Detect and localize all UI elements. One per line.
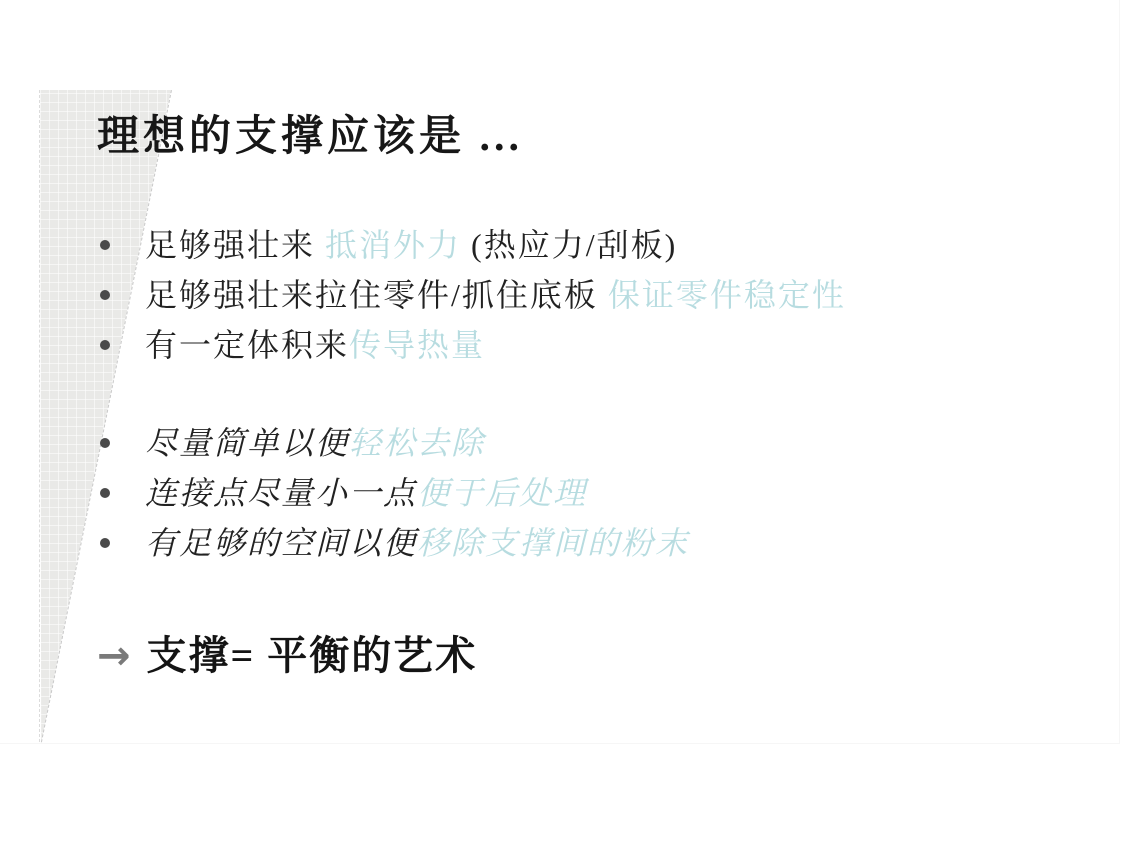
slide-canvas: 理想的支撑应该是 ... 足够强壮来 抵消外力 (热应力/刮板) 足够强壮来拉住… bbox=[0, 0, 1125, 842]
bullet-item: 有足够的空间以便移除支撑间的粉末 bbox=[97, 518, 1077, 568]
bullet-dot bbox=[100, 438, 110, 448]
bullet-text: 足够强壮来拉住零件/抓住底板 bbox=[145, 277, 608, 313]
bullet-text: 足够强壮来 bbox=[145, 227, 325, 263]
wedge-dashed-left-edge bbox=[39, 90, 40, 742]
bullet-item: 连接点尽量小一点便于后处理 bbox=[97, 468, 1077, 518]
bullet-text: 有一定体积来 bbox=[145, 327, 349, 363]
bullet-accent-text: 便于后处理 bbox=[417, 475, 587, 511]
bullet-accent-text: 轻松去除 bbox=[349, 425, 485, 461]
bullet-item: 足够强壮来拉住零件/抓住底板 保证零件稳定性 bbox=[97, 270, 1077, 320]
bullet-accent-text: 抵消外力 bbox=[325, 227, 461, 263]
bullet-text: 连接点尽量小一点 bbox=[145, 475, 417, 511]
bullet-item: 尽量简单以便轻松去除 bbox=[97, 418, 1077, 468]
slide-right-edge bbox=[1119, 0, 1120, 743]
bullet-text: 尽量简单以便 bbox=[145, 425, 349, 461]
bullet-accent-text: 传导热量 bbox=[349, 327, 485, 363]
bullet-dot bbox=[100, 240, 110, 250]
bullet-list-italic: 尽量简单以便轻松去除 连接点尽量小一点便于后处理 有足够的空间以便移除支撑间的粉… bbox=[97, 418, 1077, 568]
bullet-dot bbox=[100, 538, 110, 548]
bullet-dot bbox=[100, 340, 110, 350]
bullet-accent-text: 保证零件稳定性 bbox=[608, 277, 846, 313]
bullet-list-strong: 足够强壮来 抵消外力 (热应力/刮板) 足够强壮来拉住零件/抓住底板 保证零件稳… bbox=[97, 220, 1077, 370]
bullet-text: 有足够的空间以便 bbox=[145, 525, 417, 561]
right-arrow-icon: → bbox=[97, 633, 133, 679]
bullet-text-post: (热应力/刮板) bbox=[461, 227, 677, 263]
bullet-dot bbox=[100, 290, 110, 300]
bullet-accent-text: 移除支撑间的粉末 bbox=[417, 525, 689, 561]
bullet-dot bbox=[100, 488, 110, 498]
slide-title: 理想的支撑应该是 ... bbox=[97, 103, 523, 163]
conclusion-text: 支撑= 平衡的艺术 bbox=[147, 633, 478, 678]
slide-bottom-edge bbox=[0, 743, 1120, 744]
bullet-item: 有一定体积来传导热量 bbox=[97, 320, 1077, 370]
conclusion-line: →支撑= 平衡的艺术 bbox=[97, 630, 477, 682]
bullet-item: 足够强壮来 抵消外力 (热应力/刮板) bbox=[97, 220, 1077, 270]
